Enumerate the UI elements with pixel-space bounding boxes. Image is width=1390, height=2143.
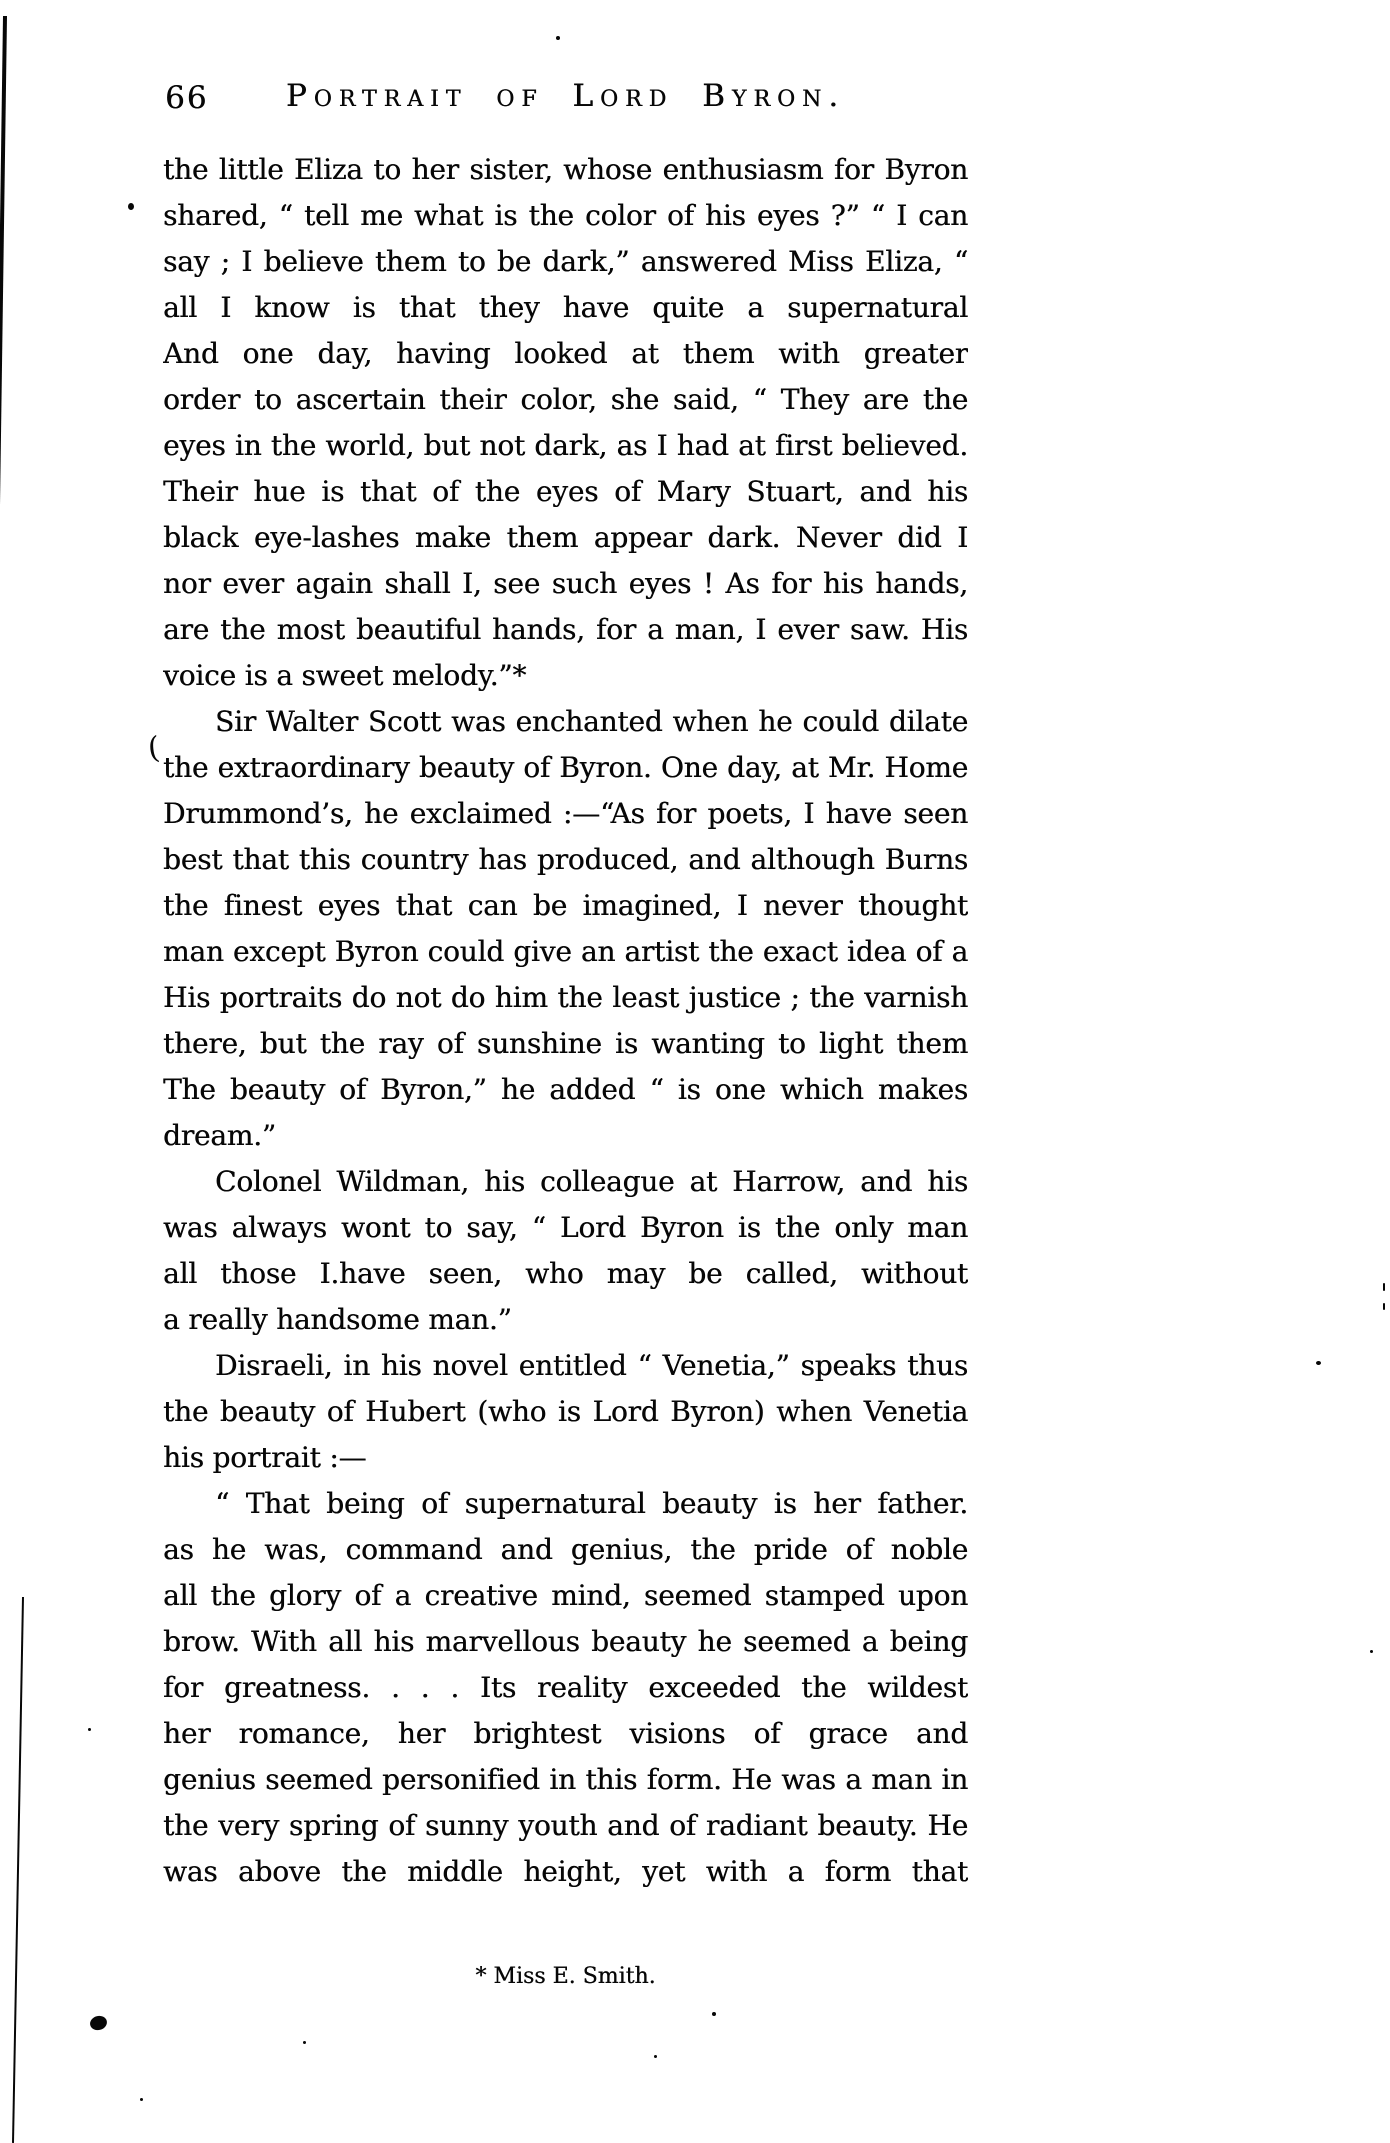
scan-gutter-line-secondary — [12, 1597, 24, 2143]
ink-speck — [1370, 1650, 1373, 1653]
text-line: the very spring of sunny youth and of ra… — [163, 1803, 968, 1849]
text-line: was always wont to say, “ Lord Byron is … — [163, 1205, 968, 1251]
text-line: as he was, command and genius, the pride… — [163, 1527, 968, 1573]
text-line: the little Eliza to her sister, whose en… — [163, 147, 968, 193]
text-line: the finest eyes that can be imagined, I … — [163, 883, 968, 929]
ink-speck — [712, 2012, 716, 2016]
footnote: * Miss E. Smith. — [163, 1964, 968, 1989]
ink-speck — [88, 1728, 91, 1731]
ink-speck — [654, 2055, 657, 2058]
text-block: the little Eliza to her sister, whose en… — [163, 147, 968, 1895]
text-line: there, but the ray of sunshine is wantin… — [163, 1021, 968, 1067]
running-header: 66 Portrait of Lord Byron. — [163, 78, 968, 118]
text-line: Drummond’s, he exclaimed :—“As for poets… — [163, 791, 968, 837]
text-line: Their hue is that of the eyes of Mary St… — [163, 469, 968, 515]
ink-speck — [140, 2098, 143, 2101]
text-line: shared, “ tell me what is the color of h… — [163, 193, 968, 239]
text-line: voice is a sweet melody.”* — [163, 653, 968, 699]
text-line: man except Byron could give an artist th… — [163, 929, 968, 975]
text-line: say ; I believe them to be dark,” answer… — [163, 239, 968, 285]
text-line: eyes in the world, but not dark, as I ha… — [163, 423, 968, 469]
text-line: The beauty of Byron,” he added “ is one … — [163, 1067, 968, 1113]
text-line: nor ever again shall I, see such eyes ! … — [163, 561, 968, 607]
text-line: the extraordinary beauty of Byron. One d… — [163, 745, 968, 791]
text-line: Sir Walter Scott was enchanted when he c… — [163, 699, 968, 745]
ink-speck — [303, 2041, 306, 2044]
text-line: genius seemed personified in this form. … — [163, 1757, 968, 1803]
text-line: was above the middle height, yet with a … — [163, 1849, 968, 1895]
text-line: his portrait :— — [163, 1435, 968, 1481]
ink-speck — [1383, 1303, 1385, 1310]
text-line: And one day, having looked at them with … — [163, 331, 968, 377]
text-line: Colonel Wildman, his colleague at Harrow… — [163, 1159, 968, 1205]
text-line: dream.” — [163, 1113, 968, 1159]
text-line: order to ascertain their color, she said… — [163, 377, 968, 423]
ink-speck — [1316, 1361, 1321, 1365]
ink-blot — [88, 2014, 108, 2032]
text-line: Disraeli, in his novel entitled “ Veneti… — [163, 1343, 968, 1389]
text-line: all the glory of a creative mind, seemed… — [163, 1573, 968, 1619]
text-line: her romance, her brightest visions of gr… — [163, 1711, 968, 1757]
book-page-scan: 66 Portrait of Lord Byron. the little El… — [0, 0, 1390, 2143]
page-title: Portrait of Lord Byron. — [163, 78, 968, 114]
text-line: are the most beautiful hands, for a man,… — [163, 607, 968, 653]
margin-paren-mark: ( — [146, 730, 161, 766]
text-line: His portraits do not do him the least ju… — [163, 975, 968, 1021]
text-line: a really handsome man.” — [163, 1297, 968, 1343]
ink-speck — [1383, 1283, 1385, 1291]
text-line: brow. With all his marvellous beauty he … — [163, 1619, 968, 1665]
scan-gutter-line — [0, 16, 7, 2143]
ink-speck — [556, 36, 560, 40]
text-line: for greatness. . . . Its reality exceede… — [163, 1665, 968, 1711]
text-line: all I know is that they have quite a sup… — [163, 285, 968, 331]
text-line: “ That being of supernatural beauty is h… — [163, 1481, 968, 1527]
text-line: all those I.have seen, who may be called… — [163, 1251, 968, 1297]
ink-speck — [128, 203, 134, 210]
text-line: the beauty of Hubert (who is Lord Byron)… — [163, 1389, 968, 1435]
text-line: black eye-lashes make them appear dark. … — [163, 515, 968, 561]
text-line: best that this country has produced, and… — [163, 837, 968, 883]
